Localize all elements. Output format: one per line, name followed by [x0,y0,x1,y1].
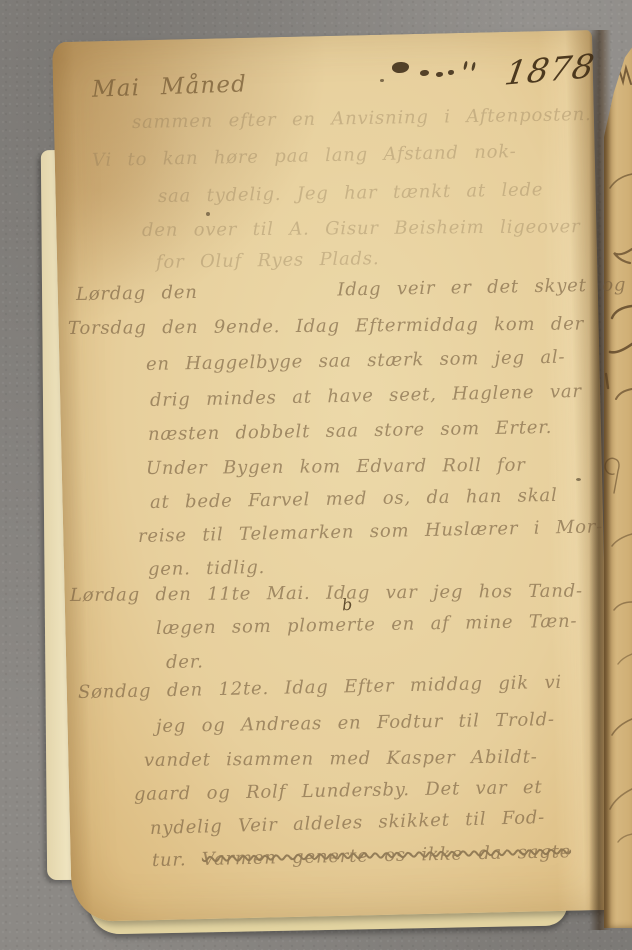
photo-background: Mai Måned 1878 sammen efter en Anvisning… [0,0,632,950]
book-gutter-shadow [589,30,611,930]
diary-page [52,30,612,922]
